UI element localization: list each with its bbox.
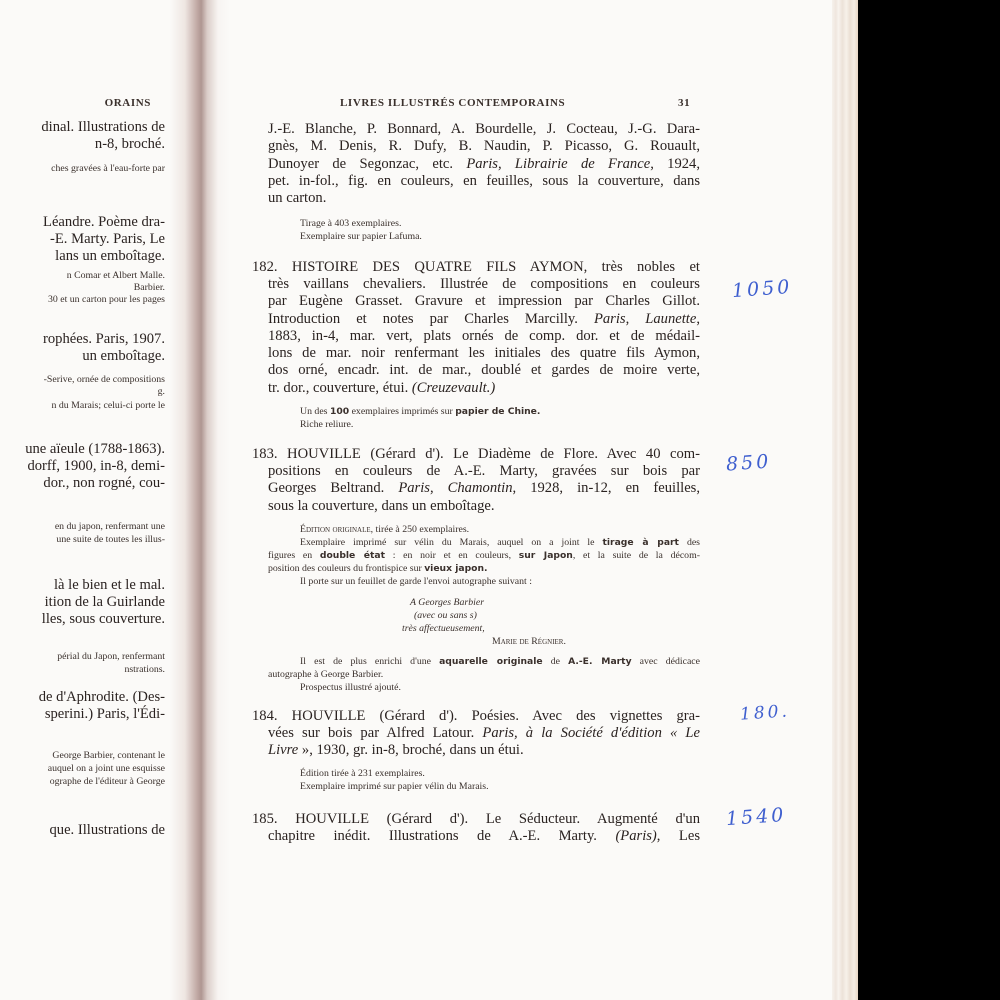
left-page-fragment: -Serive, ornée de compositions bbox=[44, 373, 165, 386]
left-page-fragment: que. Illustrations de bbox=[49, 822, 165, 839]
entry-181-continuation: J.-E. Blanche, P. Bonnard, A. Bourdelle,… bbox=[268, 121, 700, 207]
text-line: J.-E. Blanche, P. Bonnard, A. Bourdelle,… bbox=[268, 121, 700, 138]
note-line: Édition originale, tirée à 250 exemplair… bbox=[268, 523, 700, 536]
dedication-signature: Marie de Régnier. bbox=[492, 635, 566, 648]
price-annotation-185: 1540 bbox=[725, 804, 787, 830]
entry-184: 184. HOUVILLE (Gérard d'). Poésies. Avec… bbox=[252, 708, 700, 725]
text-line: très vaillans chevaliers. Illustrée de c… bbox=[268, 276, 700, 293]
book-spread: ORAINS dinal. Illustrations den-8, broch… bbox=[0, 0, 858, 1000]
text-line: lons de mar. noir renfermant les initial… bbox=[268, 345, 700, 362]
page-number: 31 bbox=[678, 97, 690, 109]
entry-185-body: chapitre inédit. Illustrations de A.-E. … bbox=[268, 828, 700, 845]
entry-183: 183. HOUVILLE (Gérard d'). Le Diadème de… bbox=[252, 446, 700, 463]
entry-heading-line: 182. HISTOIRE DES QUATRE FILS AYMON, trè… bbox=[252, 259, 700, 276]
text-line: Dunoyer de Segonzac, etc. Paris, Librair… bbox=[268, 156, 700, 173]
left-page-fragment: un emboîtage. bbox=[82, 348, 165, 365]
entry-184-notes: Édition tirée à 231 exemplaires. Exempla… bbox=[300, 767, 489, 793]
left-page-fragment: lans un emboîtage. bbox=[55, 248, 165, 265]
note-line: Exemplaire sur papier Lafuma. bbox=[300, 230, 422, 243]
left-page: ORAINS dinal. Illustrations den-8, broch… bbox=[0, 0, 185, 1000]
text-line: sous la couverture, dans un emboîtage. bbox=[268, 498, 700, 515]
left-page-fragment: g. bbox=[158, 385, 165, 398]
entry-183-notes-after: Il est de plus enrichi d'une aquarelle o… bbox=[268, 655, 700, 694]
note-line: Il porte sur un feuillet de garde l'envo… bbox=[268, 575, 700, 588]
entry-185: 185. HOUVILLE (Gérard d'). Le Séducteur.… bbox=[252, 811, 700, 828]
left-page-fragment: dor., non rogné, cou- bbox=[43, 475, 165, 492]
text-line: 1883, in-4, mar. vert, plats ornés de co… bbox=[268, 328, 700, 345]
text-line: positions en couleurs de A.-E. Marty, gr… bbox=[268, 463, 700, 480]
note-line: position des couleurs du frontispice sur… bbox=[268, 562, 700, 575]
price-annotation-182: 1050 bbox=[731, 276, 793, 302]
left-page-fragment: nstrations. bbox=[124, 663, 165, 676]
left-running-head: ORAINS bbox=[105, 97, 151, 109]
text-line: gnès, M. Denis, R. Dufy, B. Naudin, P. P… bbox=[268, 138, 700, 155]
text-line: pet. in-fol., fig. en couleurs, en feuil… bbox=[268, 173, 700, 190]
dedication: A Georges Barbier (avec ou sans s) très … bbox=[410, 596, 485, 635]
text-line: par Eugène Grasset. Gravure et impressio… bbox=[268, 293, 700, 310]
note-line: Édition tirée à 231 exemplaires. bbox=[300, 767, 489, 780]
entry-183-body: positions en couleurs de A.-E. Marty, gr… bbox=[268, 463, 700, 515]
left-page-fragment: périal du Japon, renfermant bbox=[57, 650, 165, 663]
entry-182-notes: Un des 100 exemplaires imprimés sur papi… bbox=[300, 405, 540, 431]
text-line: vées sur bois par Alfred Latour. Paris, … bbox=[268, 725, 700, 742]
left-page-fragment: auquel on a joint une esquisse bbox=[48, 762, 165, 775]
entry-184-body: vées sur bois par Alfred Latour. Paris, … bbox=[268, 725, 700, 760]
left-page-fragment: -E. Marty. Paris, Le bbox=[50, 231, 165, 248]
left-page-fragment: rophées. Paris, 1907. bbox=[43, 331, 165, 348]
text-line: un carton. bbox=[268, 190, 700, 207]
book-gutter bbox=[170, 0, 230, 1000]
left-page-fragment: dorff, 1900, in-8, demi- bbox=[27, 458, 165, 475]
text-line: Livre », 1930, gr. in-8, broché, dans un… bbox=[268, 742, 700, 759]
left-page-fragment: de d'Aphrodite. (Des- bbox=[39, 689, 165, 706]
left-page-fragment: ition de la Guirlande bbox=[45, 594, 165, 611]
price-annotation-183: 850 bbox=[725, 450, 772, 475]
note-line: Un des 100 exemplaires imprimés sur papi… bbox=[300, 405, 540, 418]
left-page-fragment: sperini.) Paris, l'Édi- bbox=[45, 706, 165, 723]
note-line: Exemplaire imprimé sur papier vélin du M… bbox=[300, 780, 489, 793]
left-page-fragment: en du japon, renfermant une bbox=[55, 520, 165, 533]
note-line: Exemplaire imprimé sur vélin du Marais, … bbox=[268, 536, 700, 549]
note-line: Riche reliure. bbox=[300, 418, 540, 431]
note-line: figures en double état : en noir et en c… bbox=[268, 549, 700, 562]
running-head-title: LIVRES ILLUSTRÉS CONTEMPORAINS bbox=[340, 97, 565, 109]
left-page-fragment: 30 et un carton pour les pages bbox=[48, 293, 165, 306]
left-page-fragment: n du Marais; celui-ci porte le bbox=[52, 399, 165, 412]
price-annotation-184: 180. bbox=[739, 701, 790, 724]
left-page-fragment: une suite de toutes les illus- bbox=[56, 533, 165, 546]
entry-heading-line: 183. HOUVILLE (Gérard d'). Le Diadème de… bbox=[252, 446, 700, 463]
entry-181-notes: Tirage à 403 exemplaires. Exemplaire sur… bbox=[300, 217, 422, 243]
left-page-fragment: ographe de l'éditeur à George bbox=[50, 775, 165, 788]
dedication-line: (avec ou sans s) bbox=[410, 609, 485, 622]
page-edges bbox=[832, 0, 858, 1000]
left-page-fragment: ches gravées à l'eau-forte par bbox=[51, 162, 165, 175]
text-line: Georges Beltrand. Paris, Chamontin, 1928… bbox=[268, 480, 700, 497]
dedication-line: A Georges Barbier bbox=[410, 596, 485, 609]
text-line: dos orné, encadr. int. de mar., doublé e… bbox=[268, 362, 700, 379]
note-line: Prospectus illustré ajouté. bbox=[268, 681, 700, 694]
left-page-fragment: George Barbier, contenant le bbox=[52, 749, 165, 762]
entry-heading-line: 185. HOUVILLE (Gérard d'). Le Séducteur.… bbox=[252, 811, 700, 828]
note-line: Il est de plus enrichi d'une aquarelle o… bbox=[268, 655, 700, 668]
left-page-fragment: lles, sous couverture. bbox=[42, 611, 165, 628]
right-page: LIVRES ILLUSTRÉS CONTEMPORAINS 31 J.-E. … bbox=[230, 0, 830, 1000]
left-page-fragment: là le bien et le mal. bbox=[54, 577, 165, 594]
text-line: Introduction et notes par Charles Marcil… bbox=[268, 311, 700, 328]
left-page-fragment: une aïeule (1788-1863). bbox=[25, 441, 165, 458]
left-page-fragment: Léandre. Poème dra- bbox=[43, 214, 165, 231]
note-line: autographe à George Barbier. bbox=[268, 668, 700, 681]
left-page-fragment: dinal. Illustrations de bbox=[41, 119, 165, 136]
entry-182: 182. HISTOIRE DES QUATRE FILS AYMON, trè… bbox=[252, 259, 700, 276]
note-line: Tirage à 403 exemplaires. bbox=[300, 217, 422, 230]
dedication-line: très affectueusement, bbox=[402, 622, 485, 635]
entry-heading-line: 184. HOUVILLE (Gérard d'). Poésies. Avec… bbox=[252, 708, 700, 725]
entry-182-body: très vaillans chevaliers. Illustrée de c… bbox=[268, 276, 700, 397]
text-line: chapitre inédit. Illustrations de A.-E. … bbox=[268, 828, 700, 845]
text-line: tr. dor., couverture, étui. (Creuzevault… bbox=[268, 380, 700, 397]
left-page-fragment: n-8, broché. bbox=[95, 136, 165, 153]
entry-183-notes: Édition originale, tirée à 250 exemplair… bbox=[268, 523, 700, 588]
